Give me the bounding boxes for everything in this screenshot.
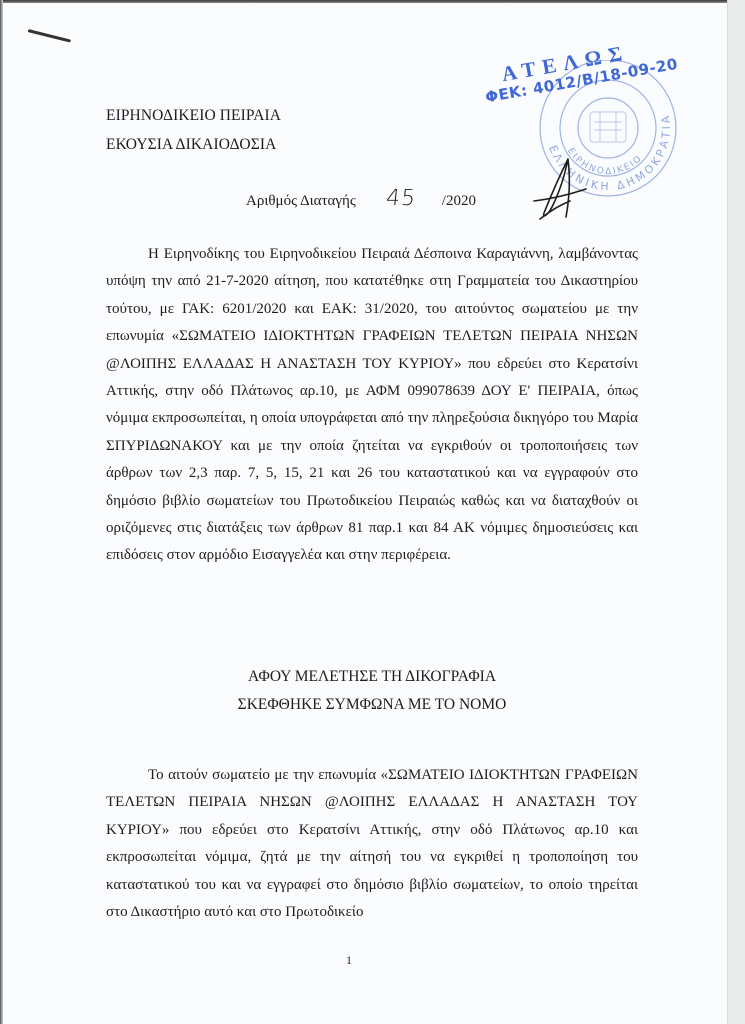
order-number-handwritten: 45 xyxy=(384,186,417,211)
scan-right-margin-strip xyxy=(727,0,745,1024)
signature-icon xyxy=(530,155,590,225)
paragraph-application-text: Η Ειρηνοδίκης του Ειρηνοδικείου Πειραιά … xyxy=(106,246,638,563)
order-number-line: Αριθμός Διαταγής 45 /2020 xyxy=(246,186,476,211)
paragraph-reasoning-text: Το αιτούν σωματείο με την επωνυμία «ΣΩΜΑ… xyxy=(106,767,638,920)
court-name: ΕΙΡΗΝΟΔΙΚΕΙΟ ΠΕΙΡΑΙΑ xyxy=(106,101,281,130)
page-number: 1 xyxy=(346,953,352,968)
order-number-label: Αριθμός Διαταγής xyxy=(246,193,356,210)
section-heading: ΑΦΟΥ ΜΕΛΕΤΗΣΕ ΤΗ ΔΙΚΟΓΡΑΦΙΑ ΣΚΕΦΘΗΚΕ ΣΥΜ… xyxy=(106,663,638,719)
document-page: ΕΙΡΗΝΟΔΙΚΕΙΟ ΠΕΙΡΑΙΑ ΕΚΟΥΣΙΑ ΔΙΚΑΙΟΔΟΣΙΑ… xyxy=(0,0,727,1024)
paragraph-application: Η Ειρηνοδίκης του Ειρηνοδικείου Πειραιά … xyxy=(106,241,638,570)
order-year: /2020 xyxy=(442,193,476,210)
pen-mark xyxy=(28,29,71,43)
heading-line-2: ΣΚΕΦΘΗΚΕ ΣΥΜΦΩΝΑ ΜΕ ΤΟ ΝΟΜΟ xyxy=(106,691,638,719)
court-header: ΕΙΡΗΝΟΔΙΚΕΙΟ ΠΕΙΡΑΙΑ ΕΚΟΥΣΙΑ ΔΙΚΑΙΟΔΟΣΙΑ xyxy=(106,101,281,159)
heading-line-1: ΑΦΟΥ ΜΕΛΕΤΗΣΕ ΤΗ ΔΙΚΟΓΡΑΦΙΑ xyxy=(106,663,638,691)
jurisdiction: ΕΚΟΥΣΙΑ ΔΙΚΑΙΟΔΟΣΙΑ xyxy=(106,130,281,159)
paragraph-reasoning: Το αιτούν σωματείο με την επωνυμία «ΣΩΜΑ… xyxy=(106,762,638,926)
